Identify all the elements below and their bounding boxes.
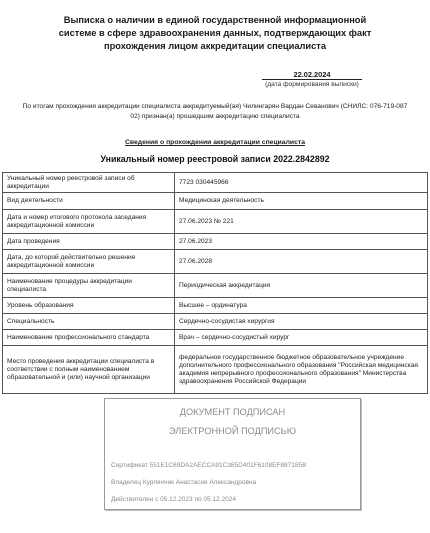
table-row: Место проведения аккредитации специалист… <box>3 346 428 394</box>
title-line-1: Выписка о наличии в единой государственн… <box>0 14 430 27</box>
row-value: Периодическая аккредитация <box>175 274 428 298</box>
table-row: Наименование процедуры аккредитации спец… <box>3 274 428 298</box>
registry-number: Уникальный номер реестровой записи 2022.… <box>0 154 430 164</box>
issue-date-block: 22.02.2024 (дата формирования выписки) <box>262 70 362 89</box>
intro-line-1: По итогам прохождения аккредитации специ… <box>0 102 430 112</box>
table-row: Дата проведения27.06.2023 <box>3 234 428 250</box>
row-value: 7723 030445966 <box>175 173 428 193</box>
intro-line-2: 02) признан(а) прошедшим аккредитацию сп… <box>0 112 430 122</box>
row-label: Уровень образования <box>3 298 175 314</box>
row-label: Наименование процедуры аккредитации спец… <box>3 274 175 298</box>
section-heading: Сведения о прохождении аккредитации спец… <box>0 139 430 146</box>
row-label: Дата, до которой действительно решение а… <box>3 250 175 274</box>
document-title: Выписка о наличии в единой государственн… <box>0 14 430 53</box>
intro-paragraph: По итогам прохождения аккредитации специ… <box>0 102 430 121</box>
issue-date-caption: (дата формирования выписки) <box>262 80 362 89</box>
row-label: Дата и номер итогового протокола заседан… <box>3 210 175 234</box>
row-value: Врач – сердечно-сосудистый хирург <box>175 330 428 346</box>
row-value: 27.06.2028 <box>175 250 428 274</box>
row-label: Место проведения аккредитации специалист… <box>3 346 175 394</box>
table-row: Наименование профессионального стандарта… <box>3 330 428 346</box>
row-label: Специальность <box>3 314 175 330</box>
signature-owner: Владелец Курлянчик Анастасия Александров… <box>111 479 256 486</box>
row-value: Высшее – ординатура <box>175 298 428 314</box>
signature-title-line-1: ДОКУМЕНТ ПОДПИСАН <box>105 407 360 417</box>
row-value: Медицинская деятельность <box>175 193 428 210</box>
table-row: Дата, до которой действительно решение а… <box>3 250 428 274</box>
row-label: Уникальный номер реестровой записи об ак… <box>3 173 175 193</box>
row-value: федеральное государственное бюджетное об… <box>175 346 428 394</box>
row-label: Наименование профессионального стандарта <box>3 330 175 346</box>
title-line-3: прохождения лицом аккредитации специалис… <box>0 40 430 53</box>
title-line-2: системе в сфере здравоохранения данных, … <box>0 27 430 40</box>
signature-title-line-2: ЭЛЕКТРОННОЙ ПОДПИСЬЮ <box>105 426 360 436</box>
row-value: 27.06.2023 № 221 <box>175 210 428 234</box>
accreditation-table: Уникальный номер реестровой записи об ак… <box>2 172 428 394</box>
table-row: Вид деятельностиМедицинская деятельность <box>3 193 428 210</box>
table-row: Уникальный номер реестровой записи об ак… <box>3 173 428 193</box>
table-row: Дата и номер итогового протокола заседан… <box>3 210 428 234</box>
table-row: Уровень образованияВысшее – ординатура <box>3 298 428 314</box>
signature-certificate: Сертификат 551E1C69DA2AECCA91C385D401F61… <box>111 462 306 469</box>
signature-validity: Действителен с 05.12.2023 по 05.12.2024 <box>111 496 236 503</box>
table-row: СпециальностьСердечно-сосудистая хирурги… <box>3 314 428 330</box>
row-value: 27.06.2023 <box>175 234 428 250</box>
issue-date: 22.02.2024 <box>262 70 362 80</box>
signature-stamp: ДОКУМЕНТ ПОДПИСАН ЭЛЕКТРОННОЙ ПОДПИСЬЮ С… <box>104 398 361 510</box>
row-label: Дата проведения <box>3 234 175 250</box>
row-label: Вид деятельности <box>3 193 175 210</box>
row-value: Сердечно-сосудистая хирургия <box>175 314 428 330</box>
